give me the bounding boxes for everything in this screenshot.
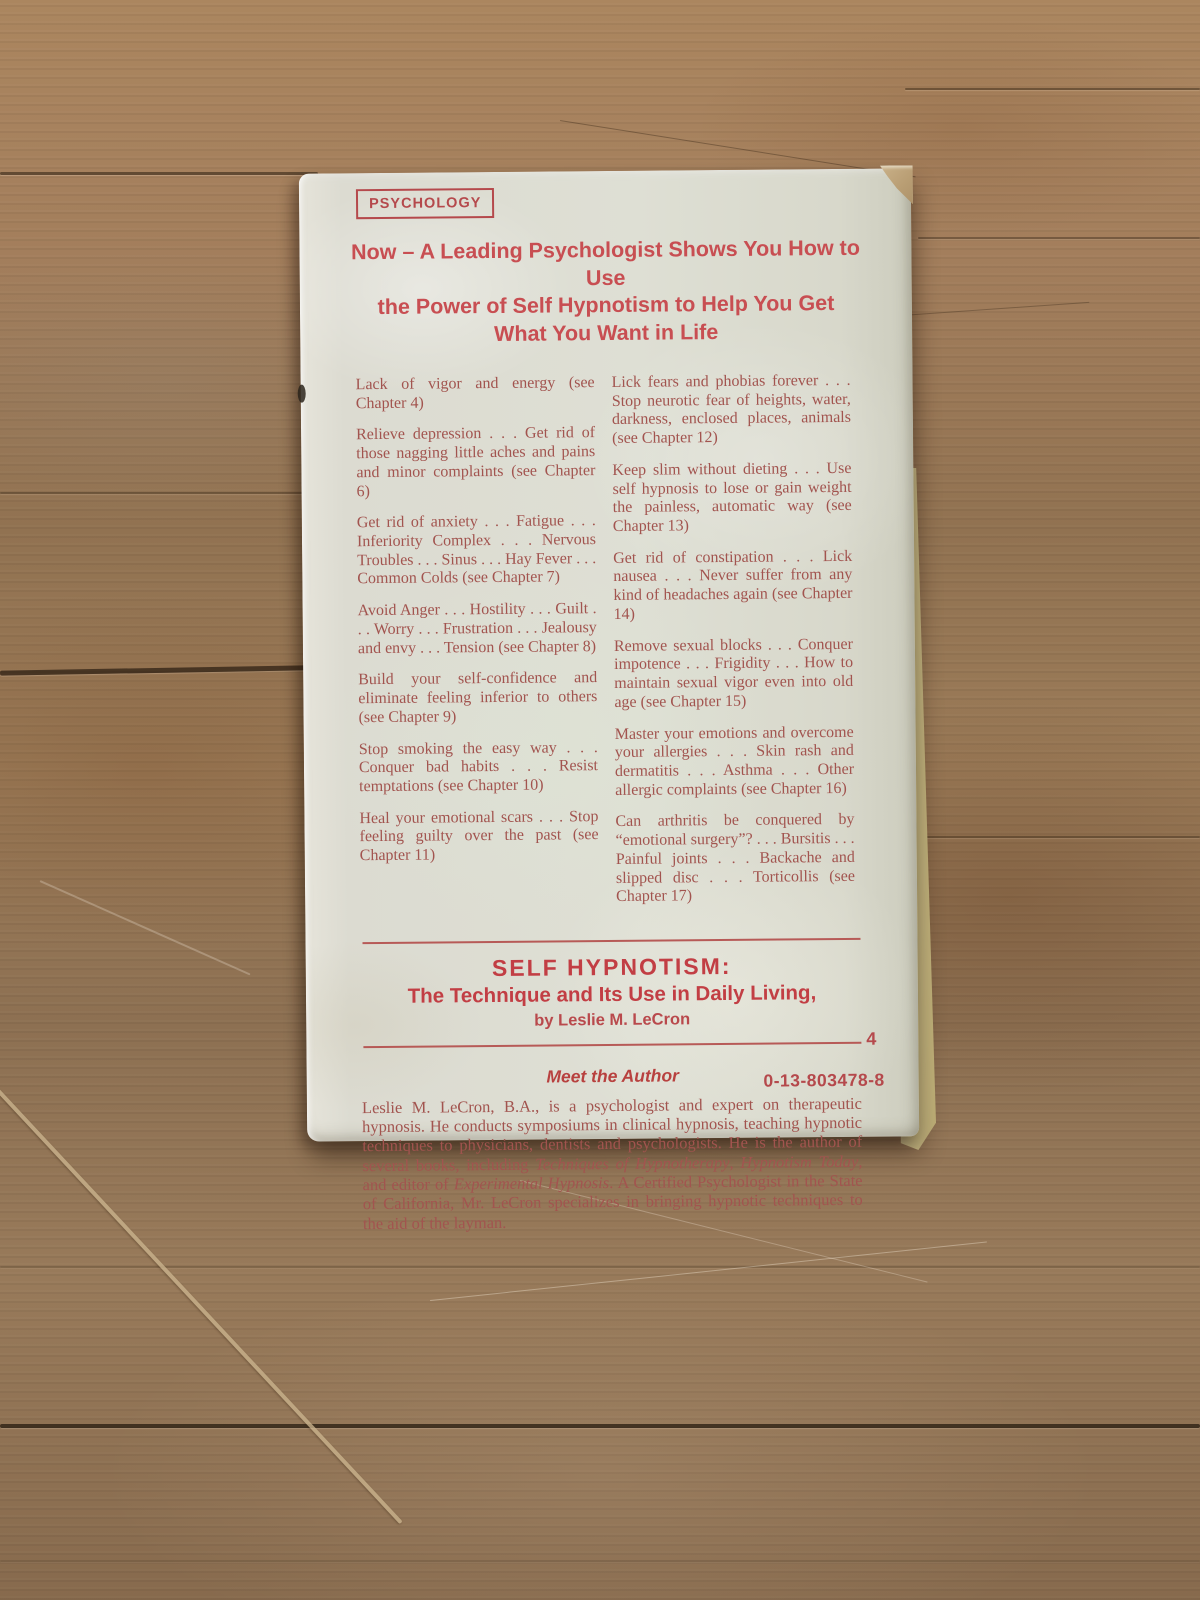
benefit-item: Master your emotions and overcome your a… xyxy=(615,723,855,800)
plank-seam xyxy=(905,88,1200,90)
author-bio: Leslie M. LeCron, B.A., is a psychologis… xyxy=(362,1094,863,1233)
wood-scratch xyxy=(40,880,251,975)
plank-seam xyxy=(0,1266,1200,1268)
benefit-item: Keep slim without dieting . . . Use self… xyxy=(612,460,852,537)
benefit-item: Heal your emotional scars . . . Stop fee… xyxy=(359,808,598,866)
benefits-left-column: Lack of vigor and energy (see Chapter 4)… xyxy=(356,374,600,922)
benefits-list: Lack of vigor and energy (see Chapter 4)… xyxy=(301,371,918,922)
wood-scratch xyxy=(0,1083,403,1525)
plank-seam xyxy=(0,172,318,175)
plank-seam xyxy=(0,665,306,675)
benefit-item: Get rid of constipation . . . Lick nause… xyxy=(613,548,853,625)
headline-line: the Power of Self Hypnotism to Help You … xyxy=(330,290,882,322)
benefit-item: Build your self-confidence and eliminate… xyxy=(358,669,597,727)
benefit-item: Can arthritis be conquered by “emotional… xyxy=(615,811,855,907)
title-block: SELF HYPNOTISM: The Technique and Its Us… xyxy=(306,952,919,1032)
category-label: PSYCHOLOGY xyxy=(356,188,495,219)
book-title: SELF HYPNOTISM: xyxy=(306,952,918,983)
benefits-right-column: Lick fears and phobias forever . . . Sto… xyxy=(612,372,856,920)
benefit-item: Relieve depression . . . Get rid of thos… xyxy=(356,425,596,502)
wood-scratch xyxy=(430,1241,987,1301)
headline: Now – A Leading Psychologist Shows You H… xyxy=(329,235,882,350)
plank-seam xyxy=(0,1560,1200,1562)
plank-seam xyxy=(0,492,308,494)
benefit-item: Stop smoking the easy way . . . Conquer … xyxy=(359,739,598,797)
book-subtitle: The Technique and Its Use in Daily Livin… xyxy=(306,981,918,1010)
headline-line: What You Want in Life xyxy=(330,317,882,349)
book-byline: by Leslie M. LeCron xyxy=(306,1008,918,1032)
divider-bottom xyxy=(363,1042,861,1048)
print-code: 4 xyxy=(866,1029,876,1050)
benefit-item: Lack of vigor and energy (see Chapter 4) xyxy=(356,374,595,414)
benefit-item: Remove sexual blocks . . . Conquer impot… xyxy=(614,635,854,712)
plank-seam xyxy=(918,237,1200,239)
benefit-item: Lick fears and phobias forever . . . Sto… xyxy=(612,372,852,449)
cover-edge-chip xyxy=(298,385,306,403)
headline-line: Now – A Leading Psychologist Shows You H… xyxy=(329,235,881,295)
isbn-number: 0-13-803478-8 xyxy=(763,1070,884,1092)
book-back-cover: PSYCHOLOGY Now – A Leading Psychologist … xyxy=(299,168,919,1141)
benefit-item: Get rid of anxiety . . . Fatigue . . . I… xyxy=(357,512,597,589)
plank-seam xyxy=(898,836,1200,838)
plank-seam xyxy=(0,1424,1200,1428)
divider-top xyxy=(362,938,860,944)
benefit-item: Avoid Anger . . . Hostility . . . Guilt … xyxy=(358,600,597,658)
torn-corner xyxy=(871,165,913,215)
